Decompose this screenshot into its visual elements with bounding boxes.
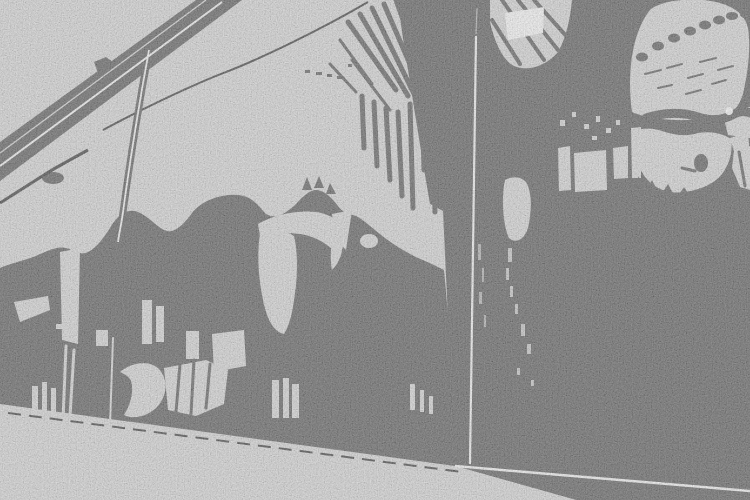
scene-svg bbox=[0, 0, 750, 500]
film-grain-overlay bbox=[0, 0, 750, 500]
photo-container bbox=[0, 0, 750, 500]
